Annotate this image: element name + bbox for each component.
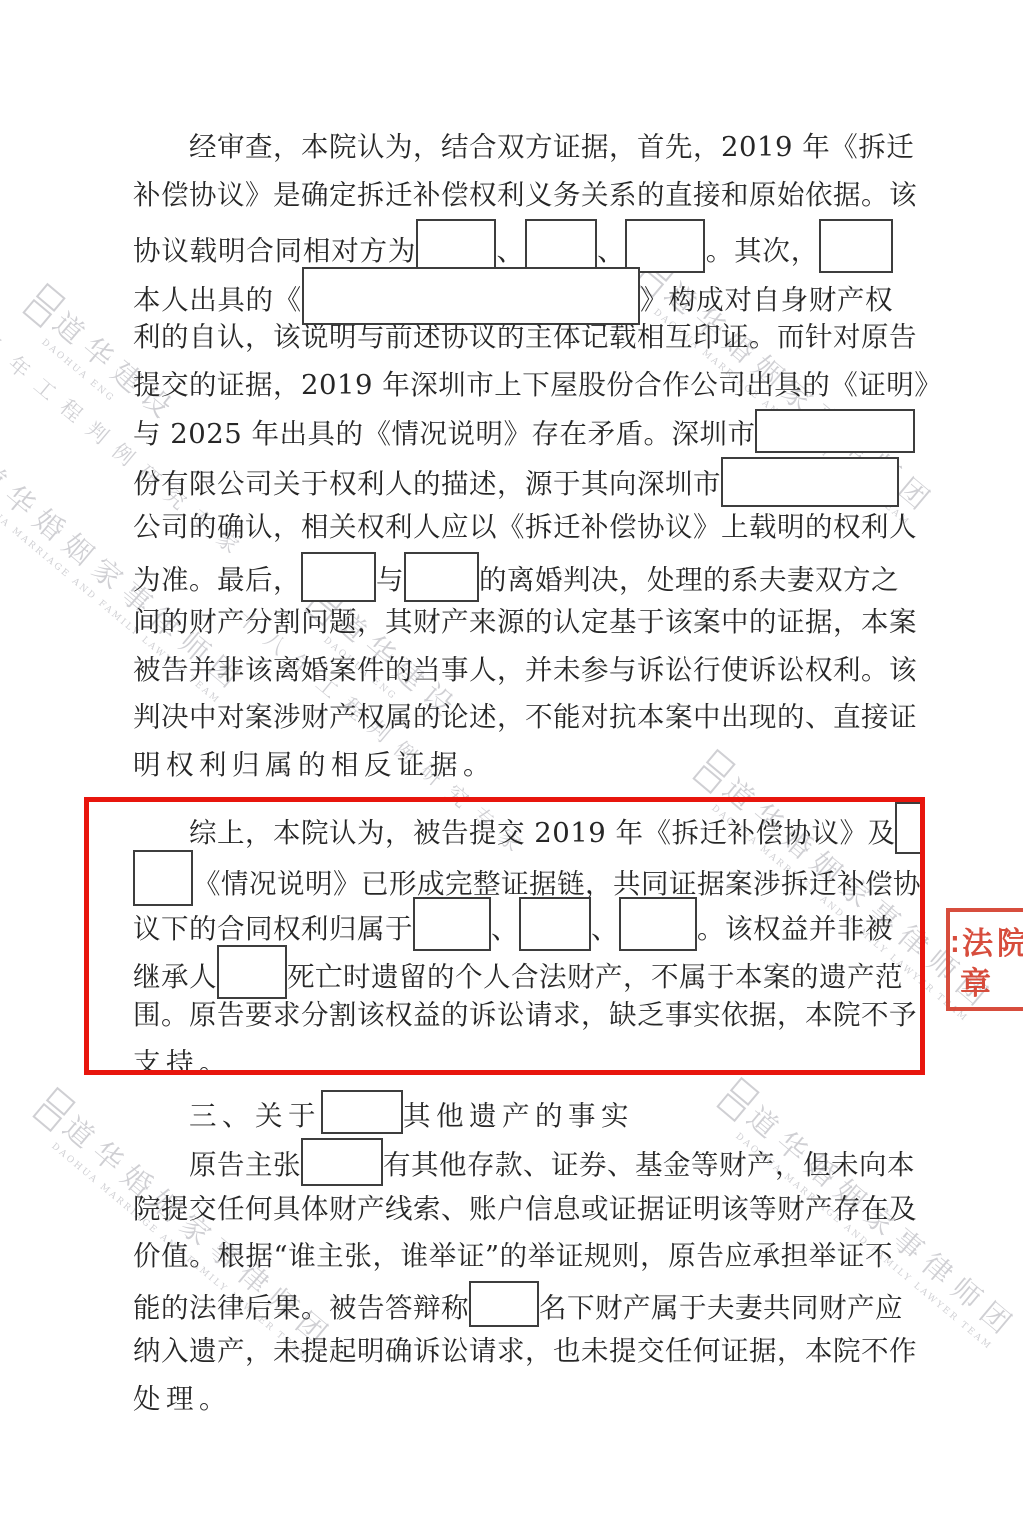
text-line: 《情况说明》已形成完整证据链，共同证据案涉拆迁补偿协 bbox=[133, 850, 893, 898]
text-line: 判决中对案涉财产权属的论述，不能对抗本案中出现的、直接证 bbox=[133, 694, 893, 742]
text-line: 补偿协议》是确定拆迁补偿权利义务关系的直接和原始依据。该 bbox=[133, 172, 893, 220]
redaction-box bbox=[819, 219, 893, 273]
redaction-box bbox=[301, 552, 376, 602]
text-run: 》构成对自身财产权 bbox=[640, 284, 893, 316]
text-line: 继承人死亡时遗留的个人合法财产，不属于本案的遗产范 bbox=[133, 945, 893, 993]
text-run: 的离婚判决，处理的系夫妻双方之 bbox=[479, 564, 899, 596]
text-run: 、 bbox=[591, 913, 619, 945]
watermark-logo-icon bbox=[32, 1087, 75, 1132]
text-run: 判决中对案涉财产权属的论述，不能对抗本案中出现的、直接证 bbox=[133, 701, 917, 733]
redaction-box bbox=[404, 552, 479, 602]
text-line: 经审查，本院认为，结合双方证据，首先，2019 年《拆迁 bbox=[133, 124, 893, 172]
text-run: 与 2025 年出具的《情况说明》存在矛盾。深圳市 bbox=[133, 418, 755, 450]
text-run: 处理。 bbox=[133, 1383, 232, 1415]
text-line: 能的法律后果。被告答辩称名下财产属于夫妻共同财产应 bbox=[133, 1281, 893, 1329]
text-run: 本人出具的《 bbox=[133, 284, 302, 316]
text-run: 经审查，本院认为，结合双方证据，首先，2019 年《拆迁 bbox=[189, 131, 914, 163]
text-line: 综上，本院认为，被告提交 2019 年《拆迁补偿协议》及 bbox=[133, 802, 893, 850]
text-run: 公司的确认，相关权利人应以《拆迁补偿协议》上载明的权利人 bbox=[133, 511, 917, 543]
text-run: 纳入遗产，未提起明确诉讼请求，也未提交任何证据，本院不作 bbox=[133, 1335, 917, 1367]
watermark-logo-icon bbox=[22, 283, 65, 328]
text-line: 与 2025 年出具的《情况说明》存在矛盾。深圳市 bbox=[133, 409, 893, 457]
text-run: 、 bbox=[496, 235, 525, 267]
redaction-box bbox=[519, 897, 591, 951]
text-run: 价值。根据“谁主张，谁举证”的举证规则，原告应承担举证不 bbox=[133, 1240, 893, 1272]
text-run: 原告主张 bbox=[189, 1149, 301, 1181]
text-run: 能的法律后果。被告答辩称 bbox=[133, 1292, 469, 1324]
text-run: 支持。 bbox=[133, 1047, 232, 1079]
text-line: 处理。 bbox=[133, 1376, 893, 1424]
redaction-box bbox=[619, 897, 697, 951]
court-judgment-scan: 道华建设DAOHUA ENG十八年工程判例研究专家道华婚姻家事律师团DAOHUA… bbox=[0, 0, 1023, 1536]
text-line: 原告主张有其他存款、证券、基金等财产，但未向本 bbox=[133, 1138, 893, 1186]
text-run: 死亡时遗留的个人合法财产，不属于本案的遗产范 bbox=[287, 961, 903, 993]
text-line: 份有限公司关于权利人的描述，源于其向深圳市 bbox=[133, 457, 893, 505]
redaction-box bbox=[302, 267, 640, 325]
text-run: 院提交任何具体财产线索、账户信息或证据证明该等财产存在及 bbox=[133, 1193, 917, 1225]
text-run: 。该权益并非被 bbox=[697, 913, 893, 945]
text-line: 明权利归属的相反证据。 bbox=[133, 742, 893, 790]
text-run: 被告并非该离婚案件的当事人，并未参与诉讼行使诉讼权利。该 bbox=[133, 654, 917, 686]
text-run: 、 bbox=[597, 235, 626, 267]
text-run: 间的财产分割问题，其财产来源的认定基于该案中的证据，本案 bbox=[133, 606, 917, 638]
text-line: 议下的合同权利归属于、、。该权益并非被 bbox=[133, 897, 893, 945]
redaction-box bbox=[525, 219, 597, 273]
redaction-box bbox=[895, 802, 925, 854]
text-run: 补偿协议》是确定拆迁补偿权利义务关系的直接和原始依据。该 bbox=[133, 179, 917, 211]
text-run: 议下的合同权利归属于 bbox=[133, 913, 413, 945]
text-run: 。其次， bbox=[705, 235, 819, 267]
redaction-box bbox=[469, 1281, 539, 1327]
text-line: 围。原告要求分割该权益的诉讼请求，缺乏事实依据，本院不予 bbox=[133, 992, 893, 1040]
text-run: 《情况说明》已形成完整证据链，共同证据案涉拆迁补偿协 bbox=[193, 868, 921, 900]
text-run: 有其他存款、证券、基金等财产，但未向本 bbox=[383, 1149, 915, 1181]
text-line: 三、关于其他遗产的事实 bbox=[133, 1090, 893, 1138]
text-run: 利的自认，该说明与前述协议的主体记载相互印证。而针对原告 bbox=[133, 321, 917, 353]
redaction-box bbox=[413, 897, 491, 951]
redaction-box bbox=[625, 219, 705, 273]
text-run: 、 bbox=[491, 913, 519, 945]
redaction-box bbox=[217, 945, 287, 999]
court-seal-stamp: ∶ 法院 章 bbox=[946, 908, 1023, 1011]
redaction-box bbox=[755, 409, 915, 453]
text-line: 本人出具的《》构成对自身财产权 bbox=[133, 267, 893, 315]
text-line: 院提交任何具体财产线索、账户信息或证据证明该等财产存在及 bbox=[133, 1186, 893, 1234]
text-run: 综上，本院认为，被告提交 2019 年《拆迁补偿协议》及 bbox=[189, 817, 895, 849]
text-line: 为准。最后，与的离婚判决，处理的系夫妻双方之 bbox=[133, 552, 893, 600]
text-run: 明权利归属的相反证据。 bbox=[133, 749, 496, 781]
redaction-box bbox=[301, 1138, 383, 1186]
text-run: 为准。最后， bbox=[133, 564, 301, 596]
text-run: 份有限公司关于权利人的描述，源于其向深圳市 bbox=[133, 468, 721, 500]
text-run: 三、关于 bbox=[189, 1100, 321, 1132]
paragraph: 原告主张有其他存款、证券、基金等财产，但未向本院提交任何具体财产线索、账户信息或… bbox=[133, 1138, 893, 1423]
text-run: 协议载明合同相对方为 bbox=[133, 235, 416, 267]
paragraph: 综上，本院认为，被告提交 2019 年《拆迁补偿协议》及《情况说明》已形成完整证… bbox=[133, 802, 893, 1087]
text-line: 支持。 bbox=[133, 1040, 893, 1088]
text-line: 提交的证据，2019 年深圳市上下屋股份合作公司出具的《证明》 bbox=[133, 362, 893, 410]
text-line: 被告并非该离婚案件的当事人，并未参与诉讼行使诉讼权利。该 bbox=[133, 647, 893, 695]
redaction-box bbox=[416, 219, 496, 273]
seal-text-row1: 法院 bbox=[962, 918, 1023, 963]
redaction-box bbox=[133, 850, 193, 906]
text-run: 继承人 bbox=[133, 961, 217, 993]
paragraph: 经审查，本院认为，结合双方证据，首先，2019 年《拆迁补偿协议》是确定拆迁补偿… bbox=[133, 124, 893, 789]
text-run: 与 bbox=[376, 564, 404, 596]
text-run: 名下财产属于夫妻共同财产应 bbox=[539, 1292, 903, 1324]
paragraph: 三、关于其他遗产的事实 bbox=[133, 1090, 893, 1138]
redaction-box bbox=[721, 457, 899, 507]
text-run: 围。原告要求分割该权益的诉讼请求，缺乏事实依据，本院不予 bbox=[133, 999, 917, 1031]
text-line: 公司的确认，相关权利人应以《拆迁补偿协议》上载明的权利人 bbox=[133, 504, 893, 552]
seal-text-row2: 章 bbox=[960, 958, 991, 1003]
text-line: 协议载明合同相对方为、、。其次， bbox=[133, 219, 893, 267]
text-line: 价值。根据“谁主张，谁举证”的举证规则，原告应承担举证不 bbox=[133, 1233, 893, 1281]
text-line: 间的财产分割问题，其财产来源的认定基于该案中的证据，本案 bbox=[133, 599, 893, 647]
redaction-box bbox=[321, 1090, 403, 1134]
text-run: 提交的证据，2019 年深圳市上下屋股份合作公司出具的《证明》 bbox=[133, 369, 942, 401]
text-run: 其他遗产的事实 bbox=[403, 1100, 634, 1132]
text-line: 纳入遗产，未提起明确诉讼请求，也未提交任何证据，本院不作 bbox=[133, 1328, 893, 1376]
